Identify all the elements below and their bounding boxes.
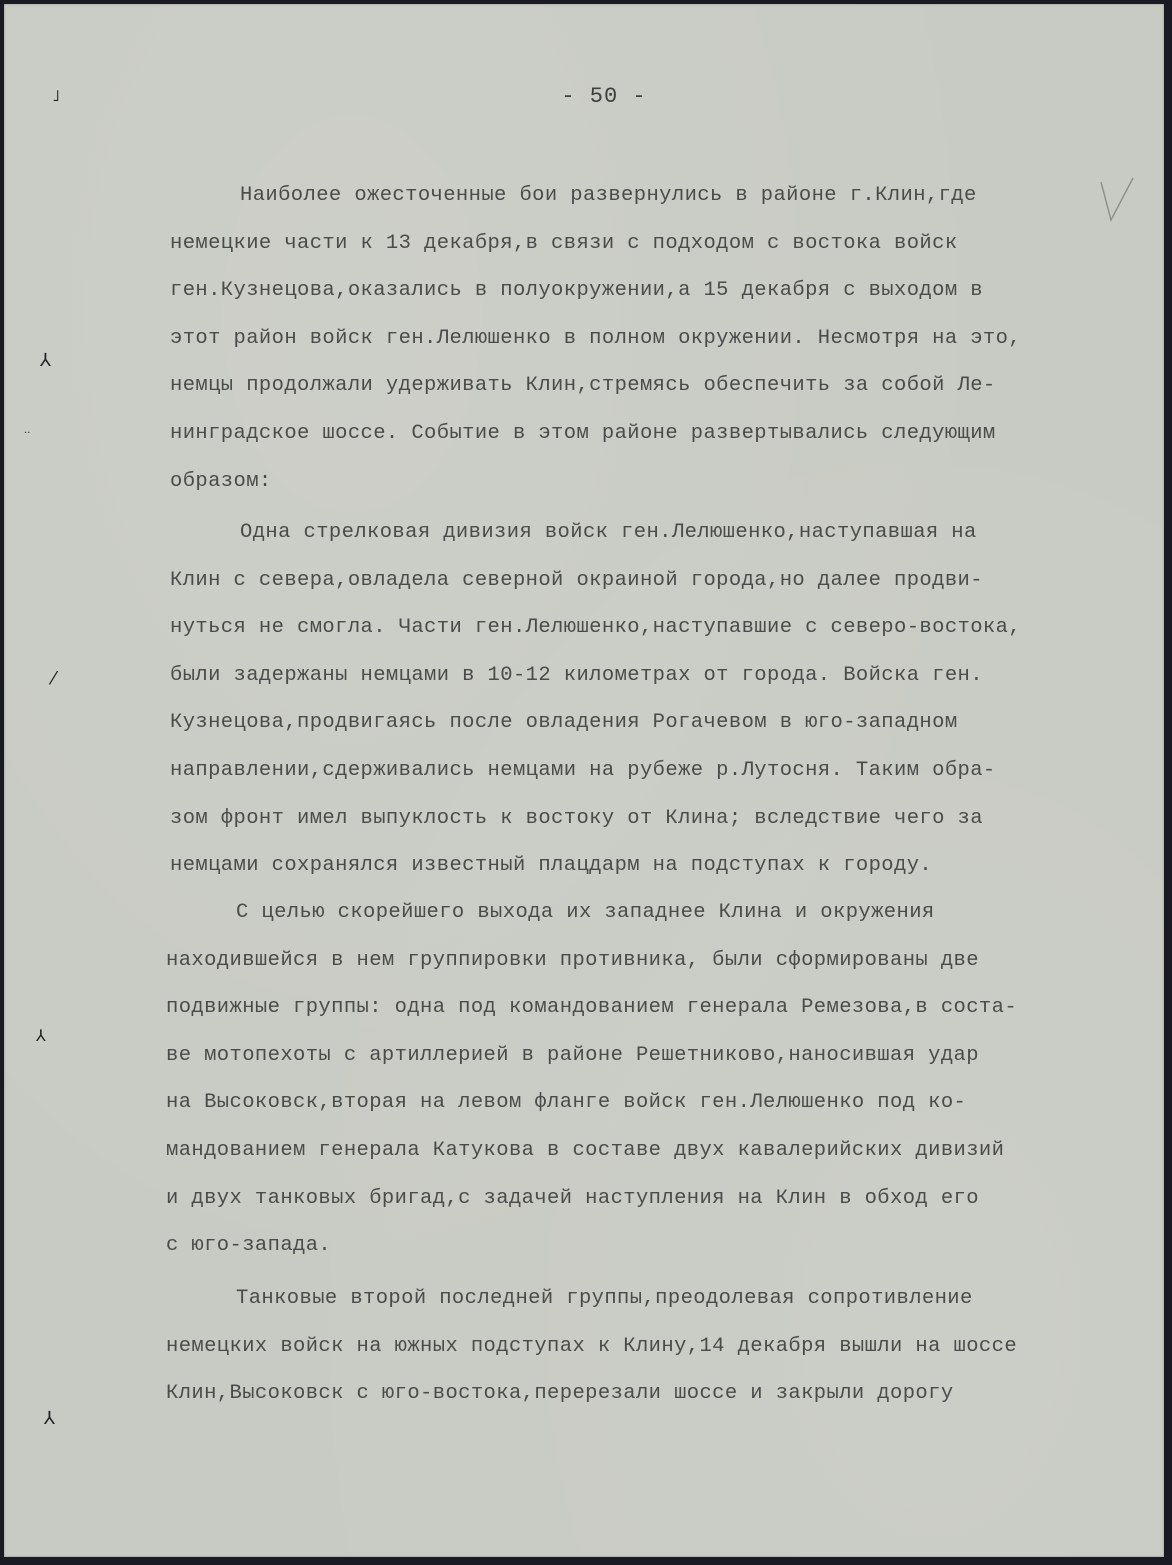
text-line: нинградское шоссе. Событие в этом районе… <box>170 422 996 445</box>
text-line: Кузнецова,продвигаясь после овладения Ро… <box>170 711 958 734</box>
text-line: Наиболее ожесточенные бои развернулись в… <box>240 184 977 207</box>
text-line: находившейся в нем группировки противник… <box>166 949 979 972</box>
punch-hole-icon: ·· <box>24 428 30 439</box>
text-line: мандованием генерала Катукова в составе … <box>166 1139 1004 1162</box>
text-line: были задержаны немцами в 10-12 километра… <box>170 664 983 687</box>
text-line: Одна стрелковая дивизия войск ген.Лелюше… <box>240 521 977 544</box>
text-line: зом фронт имел выпуклость к востоку от К… <box>170 807 983 830</box>
text-line: Клин,Высоковск с юго-востока,перерезали … <box>166 1382 954 1405</box>
text-line: направлении,сдерживались немцами на рубе… <box>170 759 996 782</box>
check-mark-icon <box>1099 176 1135 226</box>
text-line: с юго-запада. <box>166 1234 331 1257</box>
text-line: и двух танковых бригад,с задачей наступл… <box>166 1187 979 1210</box>
text-line: этот район войск ген.Лелюшенко в полном … <box>170 327 1021 350</box>
text-line: немцы продолжали удерживать Клин,стремяс… <box>170 374 996 397</box>
page-number: - 50 - <box>4 84 1172 109</box>
text-line: подвижные группы: одна под командованием… <box>166 996 1017 1019</box>
text-line: Клин с севера,овладела северной окраиной… <box>170 569 983 592</box>
text-line: Танковые второй последней группы,преодол… <box>236 1287 973 1310</box>
punch-hole-icon: ⅄ <box>40 350 51 371</box>
text-line: немецких войск на южных подступах к Клин… <box>166 1335 1017 1358</box>
text-line: немцами сохранялся известный плацдарм на… <box>170 854 932 877</box>
text-line: на Высоковск,вторая на левом фланге войс… <box>166 1091 966 1114</box>
text-line: С целью скорейшего выхода их западнее Кл… <box>236 901 935 924</box>
text-line: ве мотопехоты с артиллерией в районе Реш… <box>166 1044 979 1067</box>
punch-hole-icon: ⅄ <box>44 1408 55 1429</box>
text-line: образом: <box>170 470 272 493</box>
punch-hole-icon: ⅄ <box>36 1026 46 1045</box>
text-line: нуться не смогла. Части ген.Лелюшенко,на… <box>170 616 1021 639</box>
text-line: ген.Кузнецова,оказались в полуокружении,… <box>170 279 983 302</box>
text-line: немецкие части к 13 декабря,в связи с по… <box>170 232 958 255</box>
punch-hole-icon: ⁄ <box>52 668 55 689</box>
typewritten-page: - 50 - ˩ ⅄ ·· ⁄ ⅄ ⅄ Наиболее ожесточенны… <box>4 4 1164 1557</box>
punch-hole-icon: ˩ <box>52 86 60 105</box>
